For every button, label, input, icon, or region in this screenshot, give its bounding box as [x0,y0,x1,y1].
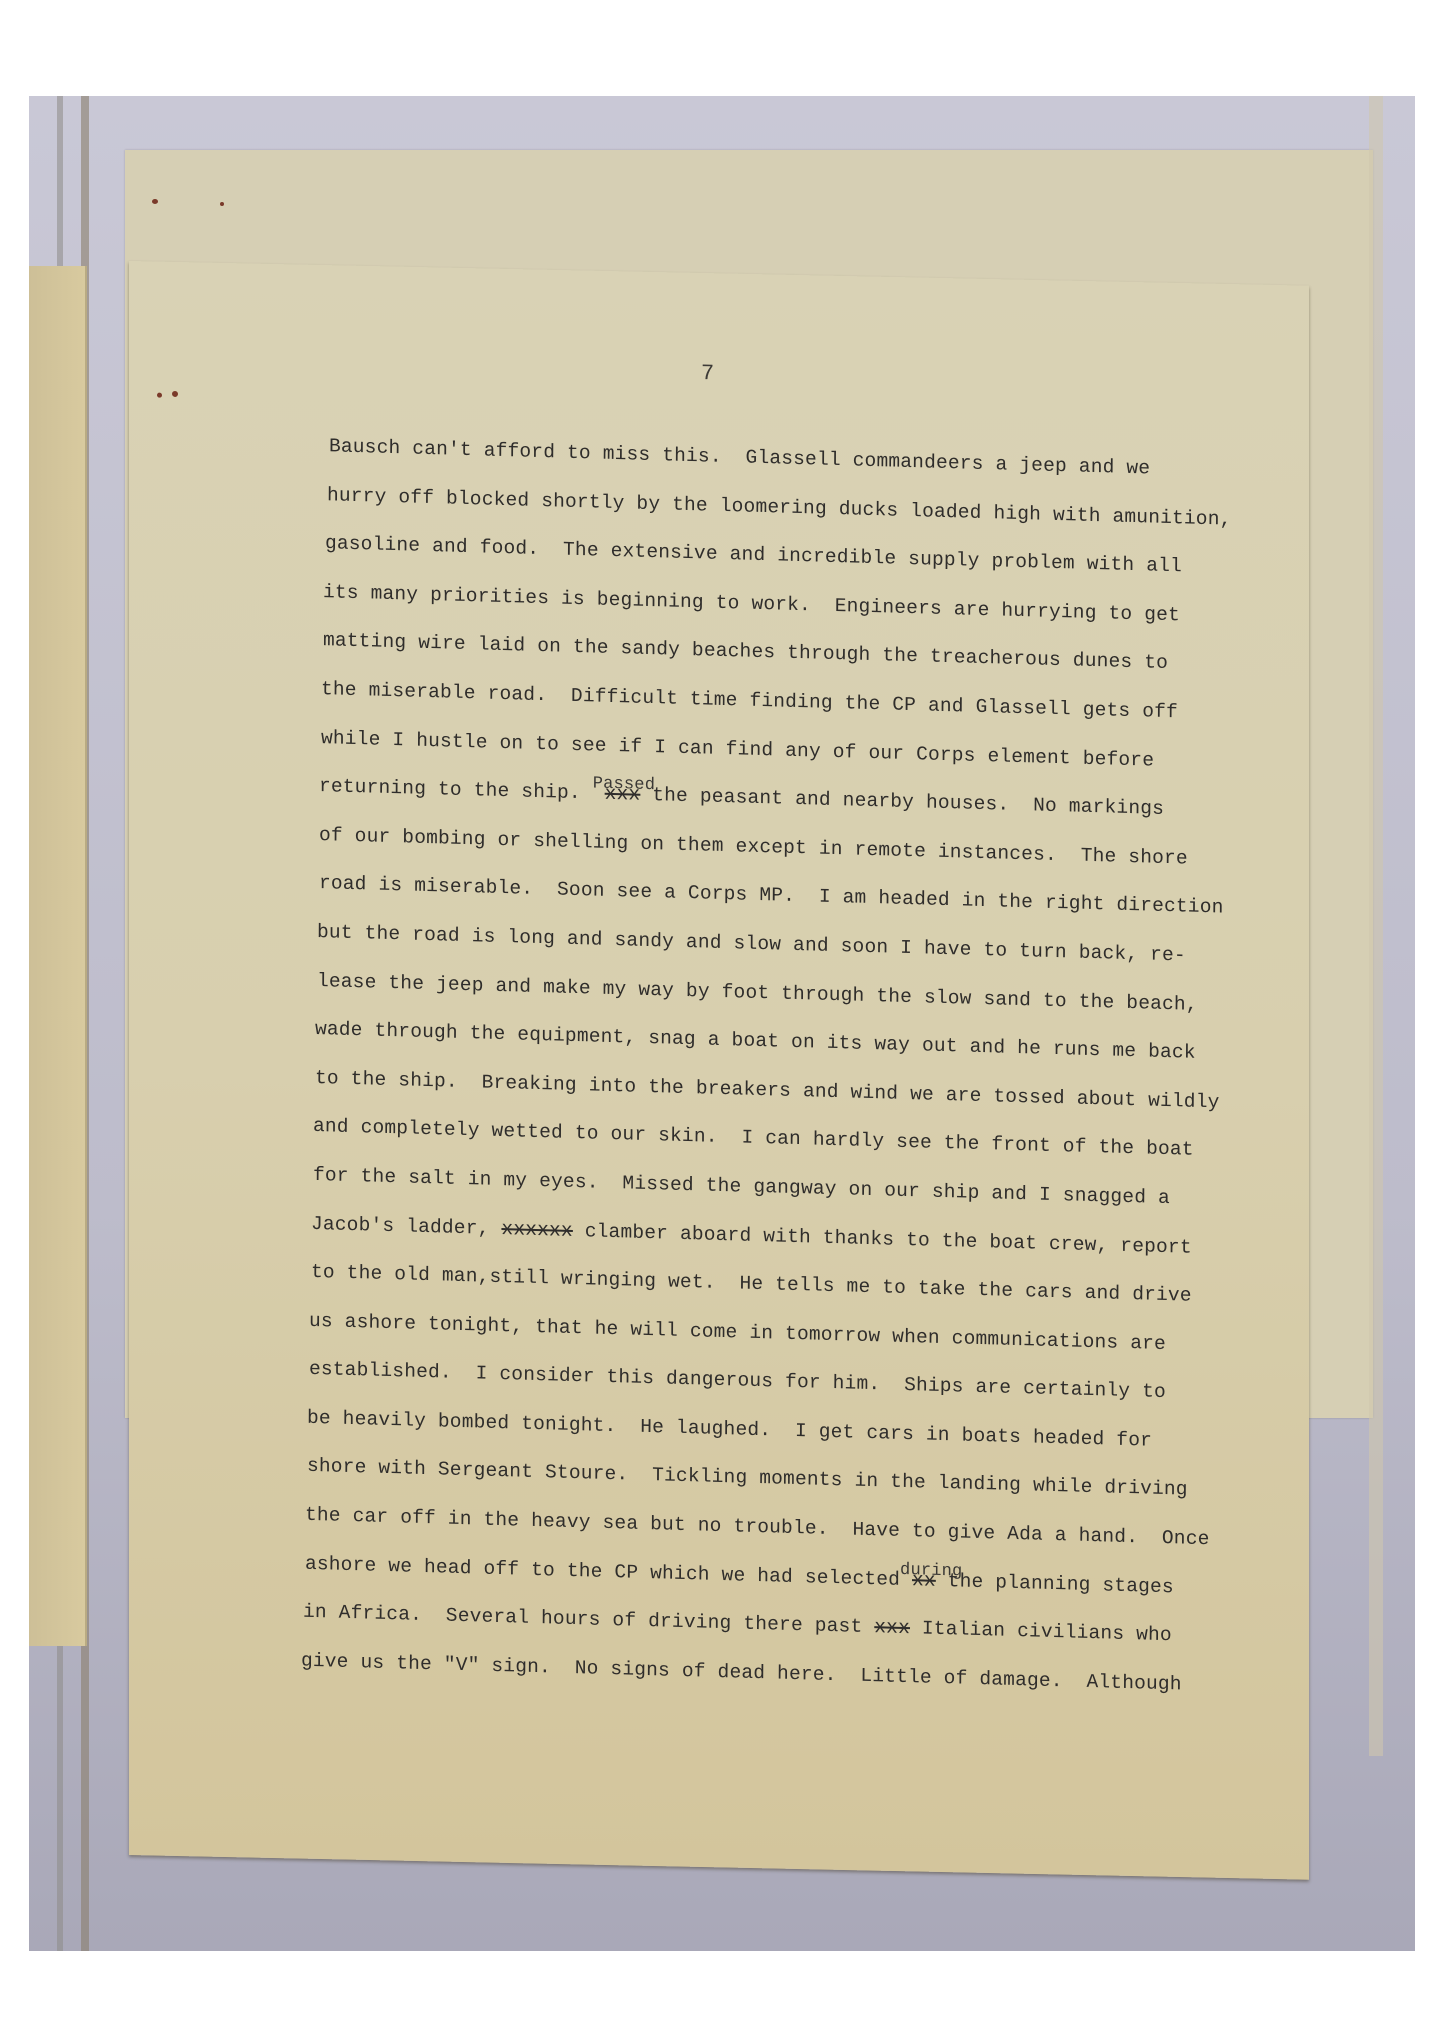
struck-text: xxxPassed [605,783,641,806]
stain-spot [220,202,224,206]
struck-text: xxduring [912,1569,936,1592]
page-number: 7 [701,361,714,386]
typed-text-body: Bausch can't afford to miss this. Glasse… [321,425,1281,1709]
stain-spot [172,391,178,397]
typed-page: 7 Bausch can't afford to miss this. Glas… [129,261,1309,1880]
stain-spot [152,199,158,204]
interlinear-insertion: during [900,1547,963,1597]
left-page-stack [29,266,87,1646]
document-photo: 2 7 Bausch can't afford to miss this. Gl… [29,96,1415,1951]
stain-spot [157,393,162,398]
interlinear-insertion: Passed [593,761,656,811]
struck-text: xxx [874,1616,910,1639]
struck-text: xxxxxx [501,1218,573,1242]
right-page-edge [1369,96,1383,1756]
